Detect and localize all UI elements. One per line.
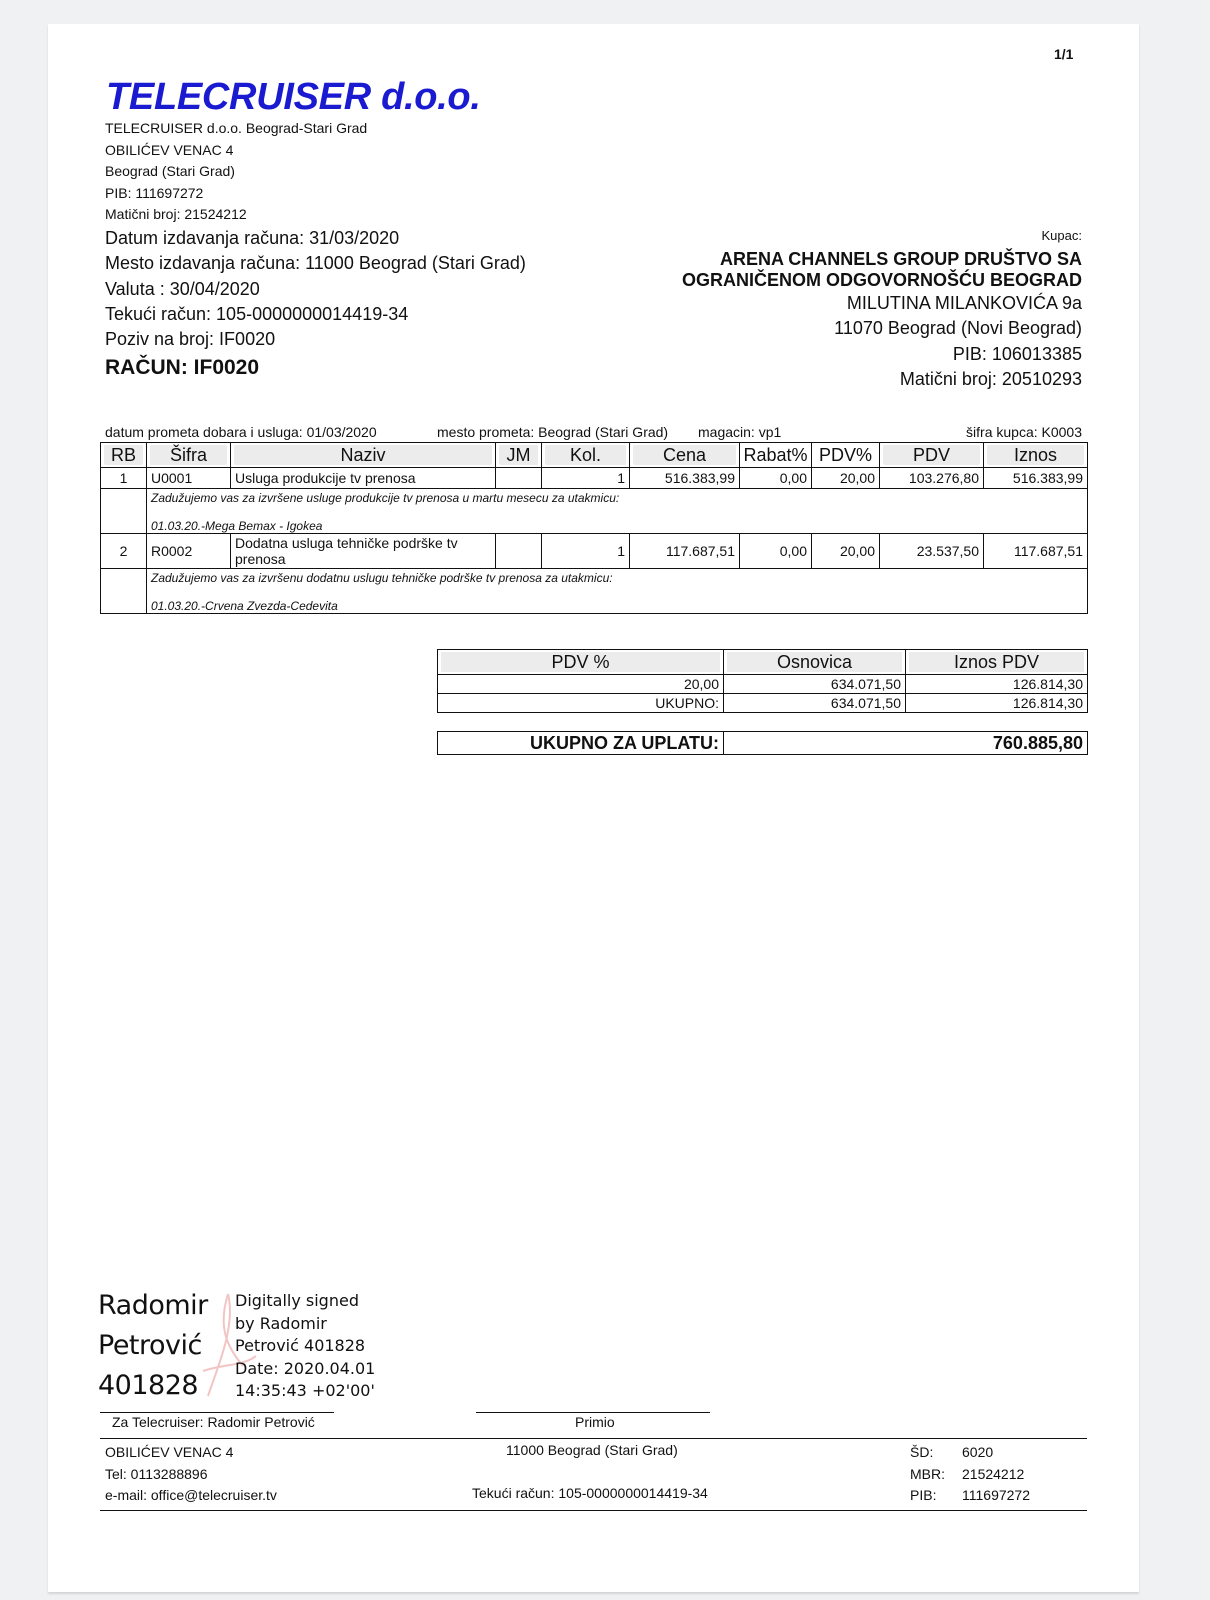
vat-total-label: UKUPNO:: [438, 694, 724, 713]
col-iznos: Iznos: [984, 443, 1088, 468]
footer-contact: OBILIĆEV VENAC 4 Tel: 0113288896 e-mail:…: [105, 1442, 277, 1507]
vat-summary-table: PDV % Osnovica Iznos PDV 20,00 634.071,5…: [437, 649, 1088, 713]
bank-account: Tekući račun: 105-0000000014419-34: [105, 302, 526, 327]
col-vat-amount: Iznos PDV: [906, 650, 1088, 675]
item-jm: [496, 534, 542, 569]
col-cena: Cena: [630, 443, 740, 468]
item-sifra: U0001: [147, 468, 231, 489]
turnover-date: datum prometa dobara i usluga: 01/03/202…: [105, 424, 377, 440]
item-cena: 117.687,51: [630, 534, 740, 569]
grand-total: UKUPNO ZA UPLATU: 760.885,80: [437, 731, 1088, 755]
buyer-mb: Matični broj: 20510293: [682, 367, 1082, 392]
item-kol: 1: [542, 468, 630, 489]
page-number: 1/1: [1054, 46, 1073, 62]
col-sifra: Šifra: [147, 443, 231, 468]
col-naziv: Naziv: [231, 443, 496, 468]
signature-caption-left: Za Telecruiser: Radomir Petrović: [112, 1414, 315, 1430]
item-iznos: 117.687,51: [984, 534, 1088, 569]
payment-reference: Poziv na broj: IF0020: [105, 327, 526, 352]
seller-name: TELECRUISER d.o.o. Beograd-Stari Grad: [105, 118, 367, 140]
vat-rate: 20,00: [438, 675, 724, 694]
vat-total-amount: 126.814,30: [906, 694, 1088, 713]
signature-line-right: [476, 1412, 710, 1413]
buyer-city: 11070 Beograd (Novi Beograd): [682, 316, 1082, 341]
item-pdv-pct: 20,00: [812, 468, 880, 489]
due-date: Valuta : 30/04/2020: [105, 277, 526, 302]
buyer-name-line2: OGRANIČENOM ODGOVORNOŠĆU BEOGRAD: [682, 270, 1082, 291]
footer-city: 11000 Beograd (Stari Grad): [506, 1442, 678, 1458]
item-pdv: 103.276,80: [880, 468, 984, 489]
item-note: Zadužujemo vas za izvršene usluge produk…: [147, 489, 1088, 534]
grand-total-label: UKUPNO ZA UPLATU:: [438, 732, 724, 755]
company-logo-text: TELECRUISER d.o.o.: [106, 76, 481, 119]
footer-account: Tekući račun: 105-0000000014419-34: [472, 1485, 708, 1501]
issue-place: Mesto izdavanja računa: 11000 Beograd (S…: [105, 251, 526, 276]
vat-header-row: PDV % Osnovica Iznos PDV: [438, 650, 1088, 675]
invoice-page: 1/1 TELECRUISER d.o.o. TELECRUISER d.o.o…: [48, 24, 1139, 1592]
item-kol: 1: [542, 534, 630, 569]
buyer-label: Kupac:: [682, 228, 1082, 243]
col-pdv: PDV: [880, 443, 984, 468]
table-row: 1 U0001 Usluga produkcije tv prenosa 1 5…: [101, 468, 1088, 489]
item-iznos: 516.383,99: [984, 468, 1088, 489]
buyer-info: Kupac: ARENA CHANNELS GROUP DRUŠTVO SA O…: [682, 228, 1082, 392]
vat-amount: 126.814,30: [906, 675, 1088, 694]
items-header-row: RB Šifra Naziv JM Kol. Cena Rabat% PDV% …: [101, 443, 1088, 468]
item-note-line2: 01.03.20.-Crvena Zvezda-Cedevita: [151, 599, 1083, 613]
item-note-line1: Zadužujemo vas za izvršenu dodatnu uslug…: [151, 571, 1083, 585]
sd-value: 6020: [962, 1444, 993, 1460]
buyer-name-line1: ARENA CHANNELS GROUP DRUŠTVO SA: [682, 249, 1082, 270]
vat-total-base: 634.071,50: [724, 694, 906, 713]
signature-details: Digitally signed by Radomir Petrović 401…: [235, 1290, 375, 1403]
col-vat-pct: PDV %: [438, 650, 724, 675]
pib-label: PIB:: [910, 1485, 962, 1507]
footer-ids: ŠD:6020 MBR:21524212 PIB:111697272: [910, 1442, 1030, 1507]
item-rabat: 0,00: [740, 468, 812, 489]
item-sifra: R0002: [147, 534, 231, 569]
item-naziv: Usluga produkcije tv prenosa: [231, 468, 496, 489]
seller-city: Beograd (Stari Grad): [105, 161, 367, 183]
item-pdv: 23.537,50: [880, 534, 984, 569]
items-table: RB Šifra Naziv JM Kol. Cena Rabat% PDV% …: [100, 442, 1088, 614]
seller-street: OBILIĆEV VENAC 4: [105, 140, 367, 162]
buyer-street: MILUTINA MILANKOVIĆA 9a: [682, 291, 1082, 316]
turnover-place: mesto prometa: Beograd (Stari Grad): [437, 424, 668, 440]
item-naziv: Dodatna usluga tehničke podrške tv preno…: [231, 534, 496, 569]
invoice-number: RAČUN: IF0020: [105, 356, 259, 380]
seller-mb: Matični broj: 21524212: [105, 204, 367, 226]
customer-code: šifra kupca: K0003: [966, 424, 1082, 440]
item-jm: [496, 468, 542, 489]
warehouse: magacin: vp1: [698, 424, 781, 440]
item-note-line1: Zadužujemo vas za izvršene usluge produk…: [151, 491, 1083, 505]
footer-email[interactable]: e-mail: office@telecruiser.tv: [105, 1485, 277, 1507]
signature-line-left: [100, 1412, 334, 1413]
item-pdv-pct: 20,00: [812, 534, 880, 569]
table-row-note: Zadužujemo vas za izvršene usluge produk…: [101, 489, 1088, 534]
col-rb: RB: [101, 443, 147, 468]
col-rabat: Rabat%: [740, 443, 812, 468]
footer-phone: Tel: 0113288896: [105, 1464, 277, 1486]
vat-base: 634.071,50: [724, 675, 906, 694]
item-note: Zadužujemo vas za izvršenu dodatnu uslug…: [147, 569, 1088, 614]
table-row: 2 R0002 Dodatna usluga tehničke podrške …: [101, 534, 1088, 569]
item-rb: 2: [101, 534, 147, 569]
item-cena: 516.383,99: [630, 468, 740, 489]
footer-address: OBILIĆEV VENAC 4: [105, 1442, 277, 1464]
footer-divider-bottom: [100, 1510, 1087, 1511]
sd-label: ŠD:: [910, 1442, 962, 1464]
col-kol: Kol.: [542, 443, 630, 468]
pib-value: 111697272: [962, 1487, 1030, 1503]
col-base: Osnovica: [724, 650, 906, 675]
invoice-meta: Datum izdavanja računa: 31/03/2020 Mesto…: [105, 226, 526, 352]
buyer-pib: PIB: 106013385: [682, 342, 1082, 367]
item-note-line2: 01.03.20.-Mega Bemax - Igokea: [151, 519, 1083, 533]
col-jm: JM: [496, 443, 542, 468]
table-row-note: Zadužujemo vas za izvršenu dodatnu uslug…: [101, 569, 1088, 614]
item-rb: 1: [101, 468, 147, 489]
footer-divider-top: [100, 1438, 1087, 1439]
signer-name: Radomir Petrović 401828: [98, 1286, 208, 1406]
table-row: 20,00 634.071,50 126.814,30: [438, 675, 1088, 694]
col-pdv-pct: PDV%: [812, 443, 880, 468]
table-row: UKUPNO: 634.071,50 126.814,30: [438, 694, 1088, 713]
issue-date: Datum izdavanja računa: 31/03/2020: [105, 226, 526, 251]
signature-caption-right: Primio: [575, 1414, 615, 1430]
item-rabat: 0,00: [740, 534, 812, 569]
seller-pib: PIB: 111697272: [105, 183, 367, 205]
grand-total-value: 760.885,80: [724, 732, 1088, 755]
mbr-value: 21524212: [962, 1466, 1024, 1482]
mbr-label: MBR:: [910, 1464, 962, 1486]
seller-info: TELECRUISER d.o.o. Beograd-Stari Grad OB…: [105, 118, 367, 226]
